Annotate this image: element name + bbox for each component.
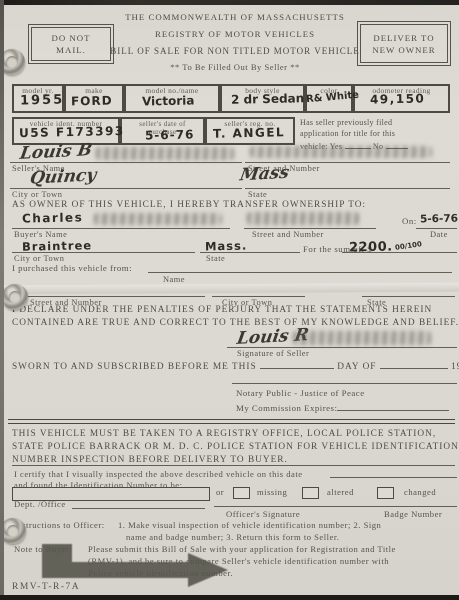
seller-city-label: City or Town bbox=[12, 190, 62, 199]
officer-signature-label: Officer's Signature bbox=[226, 509, 300, 519]
altered-label: altered bbox=[327, 487, 354, 497]
buyer-date-handwriting: 5-6-76 bbox=[420, 213, 458, 226]
sworn-day-blank bbox=[260, 359, 334, 369]
instructions-lead: Instructions to Officer: bbox=[14, 520, 105, 530]
scan-edge-bottom bbox=[0, 595, 459, 600]
certify-line1: I certify that I visually inspected the … bbox=[14, 469, 303, 479]
purchased-street-line bbox=[25, 296, 205, 297]
header-registry: REGISTRY OF MOTOR VEHICLES bbox=[70, 29, 400, 39]
badge-number-label: Badge Number bbox=[384, 509, 442, 519]
transfer-statement: AS OWNER OF THIS VEHICLE, I HEREBY TRANS… bbox=[12, 200, 366, 210]
header-commonwealth: THE COMMONWEALTH OF MASSACHUSETTS bbox=[70, 12, 400, 22]
scan-edge-left bbox=[0, 0, 4, 600]
sum-handwriting: 2200. bbox=[349, 240, 393, 256]
instructions-line2: name and badge number; 3. Return this fo… bbox=[126, 532, 339, 542]
purchased-from-lead: I purchased this vehicle from: bbox=[12, 263, 132, 273]
buyer-state-label: State bbox=[206, 254, 225, 263]
buyer-street-redaction bbox=[247, 212, 359, 225]
do-not-mail-line1: DO NOT bbox=[52, 33, 91, 43]
buyer-name-handwriting: Charles bbox=[22, 210, 84, 225]
odometer-value: 49,150 bbox=[370, 91, 426, 106]
scan-edge-top bbox=[0, 0, 459, 5]
notice-underline bbox=[12, 465, 455, 466]
buyer-city-line bbox=[12, 252, 195, 253]
model-name-value: Victoria bbox=[142, 93, 195, 108]
altered-checkbox bbox=[302, 487, 319, 499]
title-question-line1: Has seller previously filed bbox=[300, 118, 392, 127]
notice-line1: THIS VEHICLE MUST BE TAKEN TO A REGISTRY… bbox=[12, 429, 436, 439]
title-question-line2: application for title for this bbox=[300, 129, 395, 138]
certify-date-line bbox=[330, 477, 457, 478]
seller-name-line bbox=[10, 162, 242, 163]
missing-checkbox bbox=[233, 487, 250, 499]
model-yr-value: 1955 bbox=[20, 93, 64, 109]
make-value: FORD bbox=[71, 94, 113, 109]
signature-line bbox=[227, 347, 457, 348]
notary-line bbox=[232, 383, 457, 384]
vin-value: U5S F173393 bbox=[19, 124, 125, 140]
sworn-day-of: DAY OF bbox=[337, 362, 376, 372]
purchase-date-value: 5-6-76 bbox=[145, 127, 195, 142]
purchased-name-line bbox=[148, 272, 452, 273]
deliver-to-new-owner-box: DELIVER TO NEW OWNER bbox=[357, 21, 451, 66]
perjury-line2: CONTAINED ARE TRUE AND CORRECT TO THE BE… bbox=[12, 318, 459, 328]
dept-office-line bbox=[72, 508, 205, 509]
section-rule-1 bbox=[8, 419, 455, 420]
form-number: RMV-T-R-7A bbox=[12, 582, 80, 592]
purchased-state-line bbox=[362, 296, 455, 297]
sworn-year: 19 bbox=[451, 362, 459, 372]
seller-state-label: State bbox=[248, 190, 267, 199]
officer-signature-line bbox=[214, 506, 457, 507]
perjury-line1: I DECLARE UNDER THE PENALTIES OF PERJURY… bbox=[12, 305, 432, 315]
seller-city-handwriting: Quincy bbox=[28, 165, 97, 189]
commission-blank bbox=[337, 401, 449, 411]
deliver-line2: NEW OWNER bbox=[372, 45, 435, 55]
body-style-value: 2 dr Sedan bbox=[231, 91, 305, 107]
or-label: or bbox=[216, 487, 224, 497]
notice-line3: NUMBER INSPECTION BEFORE DELIVERY TO BUY… bbox=[12, 455, 288, 465]
sworn-line: SWORN TO AND SUBSCRIBED BEFORE ME THIS D… bbox=[12, 359, 459, 372]
commission-label: My Commission Expires: bbox=[236, 403, 337, 413]
reg-no-value: T. ANGEL bbox=[213, 125, 285, 141]
purchased-name-label: Name bbox=[163, 275, 185, 284]
signature-redaction bbox=[293, 331, 431, 345]
seller-name-redaction bbox=[96, 147, 234, 160]
buyer-name-label: Buyer's Name bbox=[14, 230, 67, 239]
sworn-lead: SWORN TO AND SUBSCRIBED BEFORE ME THIS bbox=[12, 362, 257, 372]
paper-fastener-icon bbox=[2, 284, 28, 310]
buyer-date-line bbox=[416, 228, 457, 229]
deliver-line1: DELIVER TO bbox=[373, 33, 434, 43]
sworn-month-blank bbox=[380, 359, 448, 369]
dept-office-label: Dept. /Office bbox=[14, 499, 66, 509]
notary-commission: My Commission Expires: bbox=[236, 401, 449, 413]
sum-cents-handwriting: 00/100 bbox=[395, 240, 423, 252]
instructions-line1: 1. Make visual inspection of vehicle ide… bbox=[118, 520, 381, 530]
buyer-name-redaction bbox=[94, 213, 222, 225]
buyer-street-label: Street and Number bbox=[252, 230, 324, 239]
seller-city-line bbox=[10, 188, 242, 189]
do-not-mail-box: DO NOT MAIL. bbox=[28, 24, 114, 64]
buyer-on-label: On: bbox=[402, 216, 417, 226]
paper-crease bbox=[0, 283, 459, 295]
seller-state-line bbox=[245, 188, 450, 189]
buyer-street-line bbox=[244, 228, 376, 229]
buyer-state-line bbox=[200, 252, 300, 253]
buyer-date-label: Date bbox=[430, 230, 448, 239]
seller-street-redaction bbox=[250, 146, 432, 158]
seller-state-handwriting: Mass bbox=[238, 163, 290, 186]
changed-label: changed bbox=[404, 487, 436, 497]
purchased-city-line bbox=[212, 296, 305, 297]
notary-title: Notary Public - Justice of Peace bbox=[236, 388, 365, 398]
header-filled-by: ** To Be Filled Out By Seller ** bbox=[70, 62, 400, 72]
section-rule-2 bbox=[8, 423, 455, 424]
missing-label: missing bbox=[257, 487, 287, 497]
header-bill-title: BILL OF SALE FOR NON TITLED MOTOR VEHICL… bbox=[70, 46, 400, 56]
scanned-bill-of-sale: THE COMMONWEALTH OF MASSACHUSETTS REGIST… bbox=[0, 0, 459, 600]
sum-line bbox=[342, 252, 457, 253]
notice-line2: STATE POLICE BARRACK OR M. D. C. POLICE … bbox=[12, 442, 459, 452]
seller-name-handwriting: Louis B bbox=[18, 140, 93, 164]
do-not-mail-line2: MAIL. bbox=[56, 45, 86, 55]
buyer-name-line bbox=[12, 228, 230, 229]
signature-label: Signature of Seller bbox=[237, 349, 309, 358]
buyer-city-label: City or Town bbox=[14, 254, 64, 263]
changed-checkbox bbox=[377, 487, 394, 499]
